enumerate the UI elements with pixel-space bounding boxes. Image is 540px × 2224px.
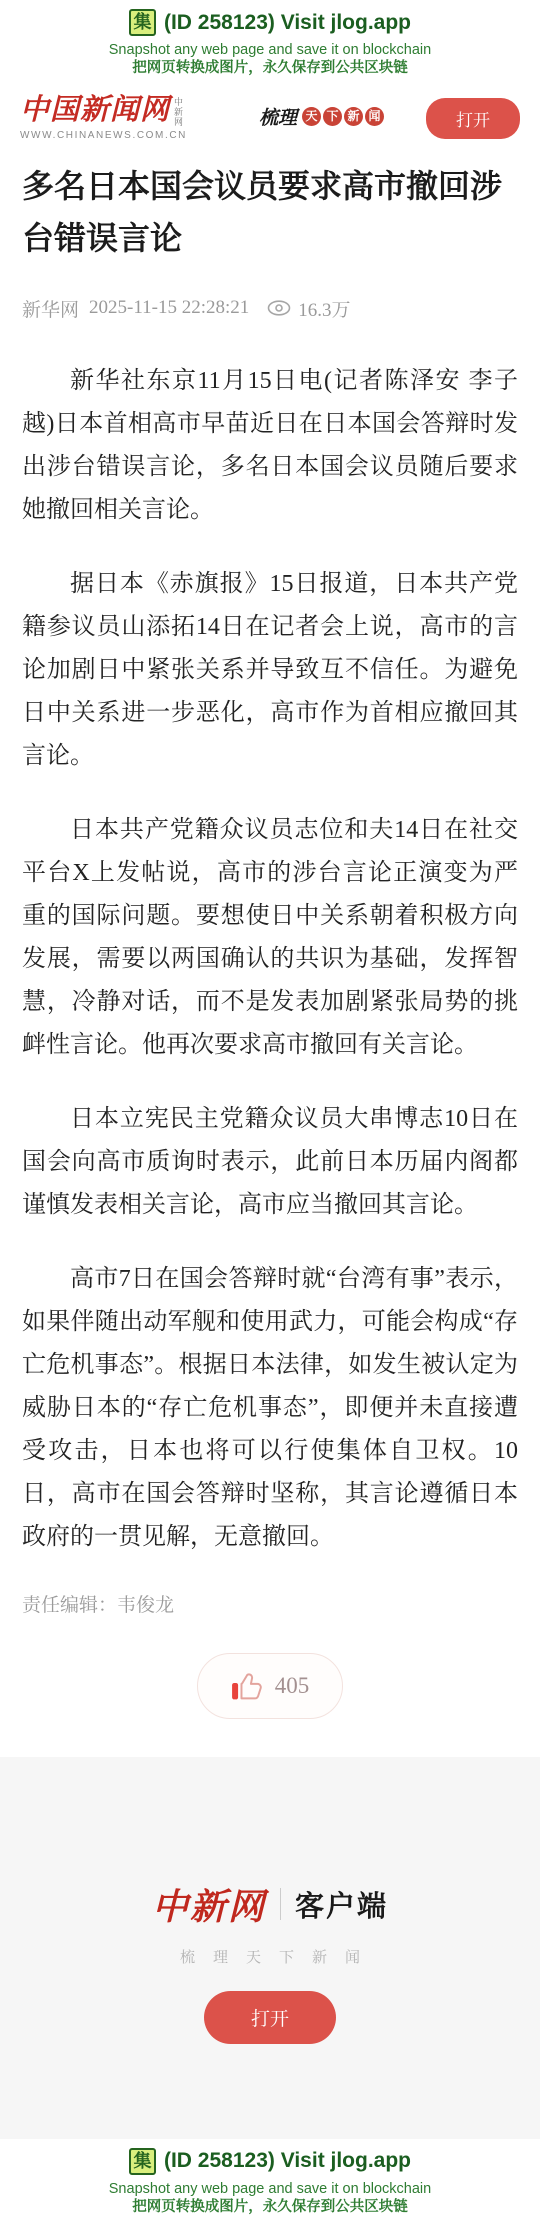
article-datetime: 2025-11-15 22:28:21 [89,297,249,319]
promo-id-text: (ID 258123) Visit jlog.app [164,11,411,35]
promo-subtitle-en: Snapshot any web page and save it on blo… [0,41,540,59]
paragraph-4: 日本立宪民主党籍众议员大串博志10日在国会向高市质询时表示，此前日本历届内阁都谨… [22,1098,518,1227]
eye-icon [267,300,291,316]
app-footer-slogan: 梳理天下新闻 [0,1946,540,1967]
chinanews-app-logo-text: 中新网 [152,1879,266,1930]
article-meta: 新华网 2025-11-15 22:28:21 16.3万 [22,295,518,322]
article-source: 新华网 [22,295,79,322]
chinanews-logo-small: 中新网 [173,97,183,127]
thumb-up-icon [231,1671,265,1701]
view-counter: 16.3万 [267,295,350,322]
promo-link-top[interactable]: 集 (ID 258123) Visit jlog.app [129,9,411,36]
ji-logo-icon-bottom: 集 [129,2148,156,2175]
site-header: 中国新闻网 中新网 WWW.CHINANEWS.COM.CN 梳理 天 下 新 … [0,85,540,147]
slogan-prefix: 梳理 [259,103,297,130]
promo-banner-top: 集 (ID 258123) Visit jlog.app Snapshot an… [0,0,540,85]
paragraph-3: 日本共产党籍众议员志位和夫14日在社交平台X上发帖说，高市的涉台言论正演变为严重… [22,809,518,1067]
paragraph-5: 高市7日在国会答辩时就“台湾有事”表示，如果伴随出动军舰和使用武力，可能会构成“… [22,1258,518,1559]
site-logo[interactable]: 中国新闻网 中新网 WWW.CHINANEWS.COM.CN [20,95,203,141]
like-button[interactable]: 405 [197,1653,343,1719]
app-client-label: 客户端 [295,1884,388,1925]
site-slogan: 梳理 天 下 新 闻 [259,103,384,130]
ji-logo-icon: 集 [129,9,156,36]
article: 多名日本国会议员要求高市撤回涉台错误言论 新华网 2025-11-15 22:2… [0,161,540,1617]
promo-subtitle-en-bottom: Snapshot any web page and save it on blo… [0,2180,540,2198]
paragraph-1: 新华社东京11月15日电(记者陈泽安 李子越)日本首相高市早苗近日在日本国会答辩… [22,360,518,532]
chinanews-logo-text: 中国新闻网 [20,95,170,127]
promo-id-text-bottom: (ID 258123) Visit jlog.app [164,2149,411,2173]
app-footer: 中新网 客户端 梳理天下新闻 打开 [0,1757,540,2139]
site-url: WWW.CHINANEWS.COM.CN [20,130,203,141]
open-app-button-footer[interactable]: 打开 [204,1991,336,2044]
slogan-badge-4: 闻 [365,107,384,126]
promo-link-bottom[interactable]: 集 (ID 258123) Visit jlog.app [129,2148,411,2175]
like-section: 405 [0,1653,540,1719]
editor-credit: 责任编辑：韦俊龙 [22,1590,518,1617]
article-title: 多名日本国会议员要求高市撤回涉台错误言论 [22,161,518,265]
promo-banner-bottom: 集 (ID 258123) Visit jlog.app Snapshot an… [0,2139,540,2224]
view-count: 16.3万 [298,295,350,322]
app-footer-logo: 中新网 客户端 [152,1879,388,1930]
logo-divider [280,1888,281,1920]
slogan-badge-2: 下 [323,107,342,126]
promo-subtitle-zh-bottom: 把网页转换成图片，永久保存到公共区块链 [0,2198,540,2216]
paragraph-2: 据日本《赤旗报》15日报道，日本共产党籍参议员山添拓14日在记者会上说，高市的言… [22,563,518,778]
like-count: 405 [275,1673,310,1699]
slogan-badge-3: 新 [344,107,363,126]
promo-subtitle-zh: 把网页转换成图片，永久保存到公共区块链 [0,59,540,77]
open-app-button-header[interactable]: 打开 [426,98,520,139]
slogan-badge-1: 天 [302,107,321,126]
article-body: 新华社东京11月15日电(记者陈泽安 李子越)日本首相高市早苗近日在日本国会答辩… [22,360,518,1559]
